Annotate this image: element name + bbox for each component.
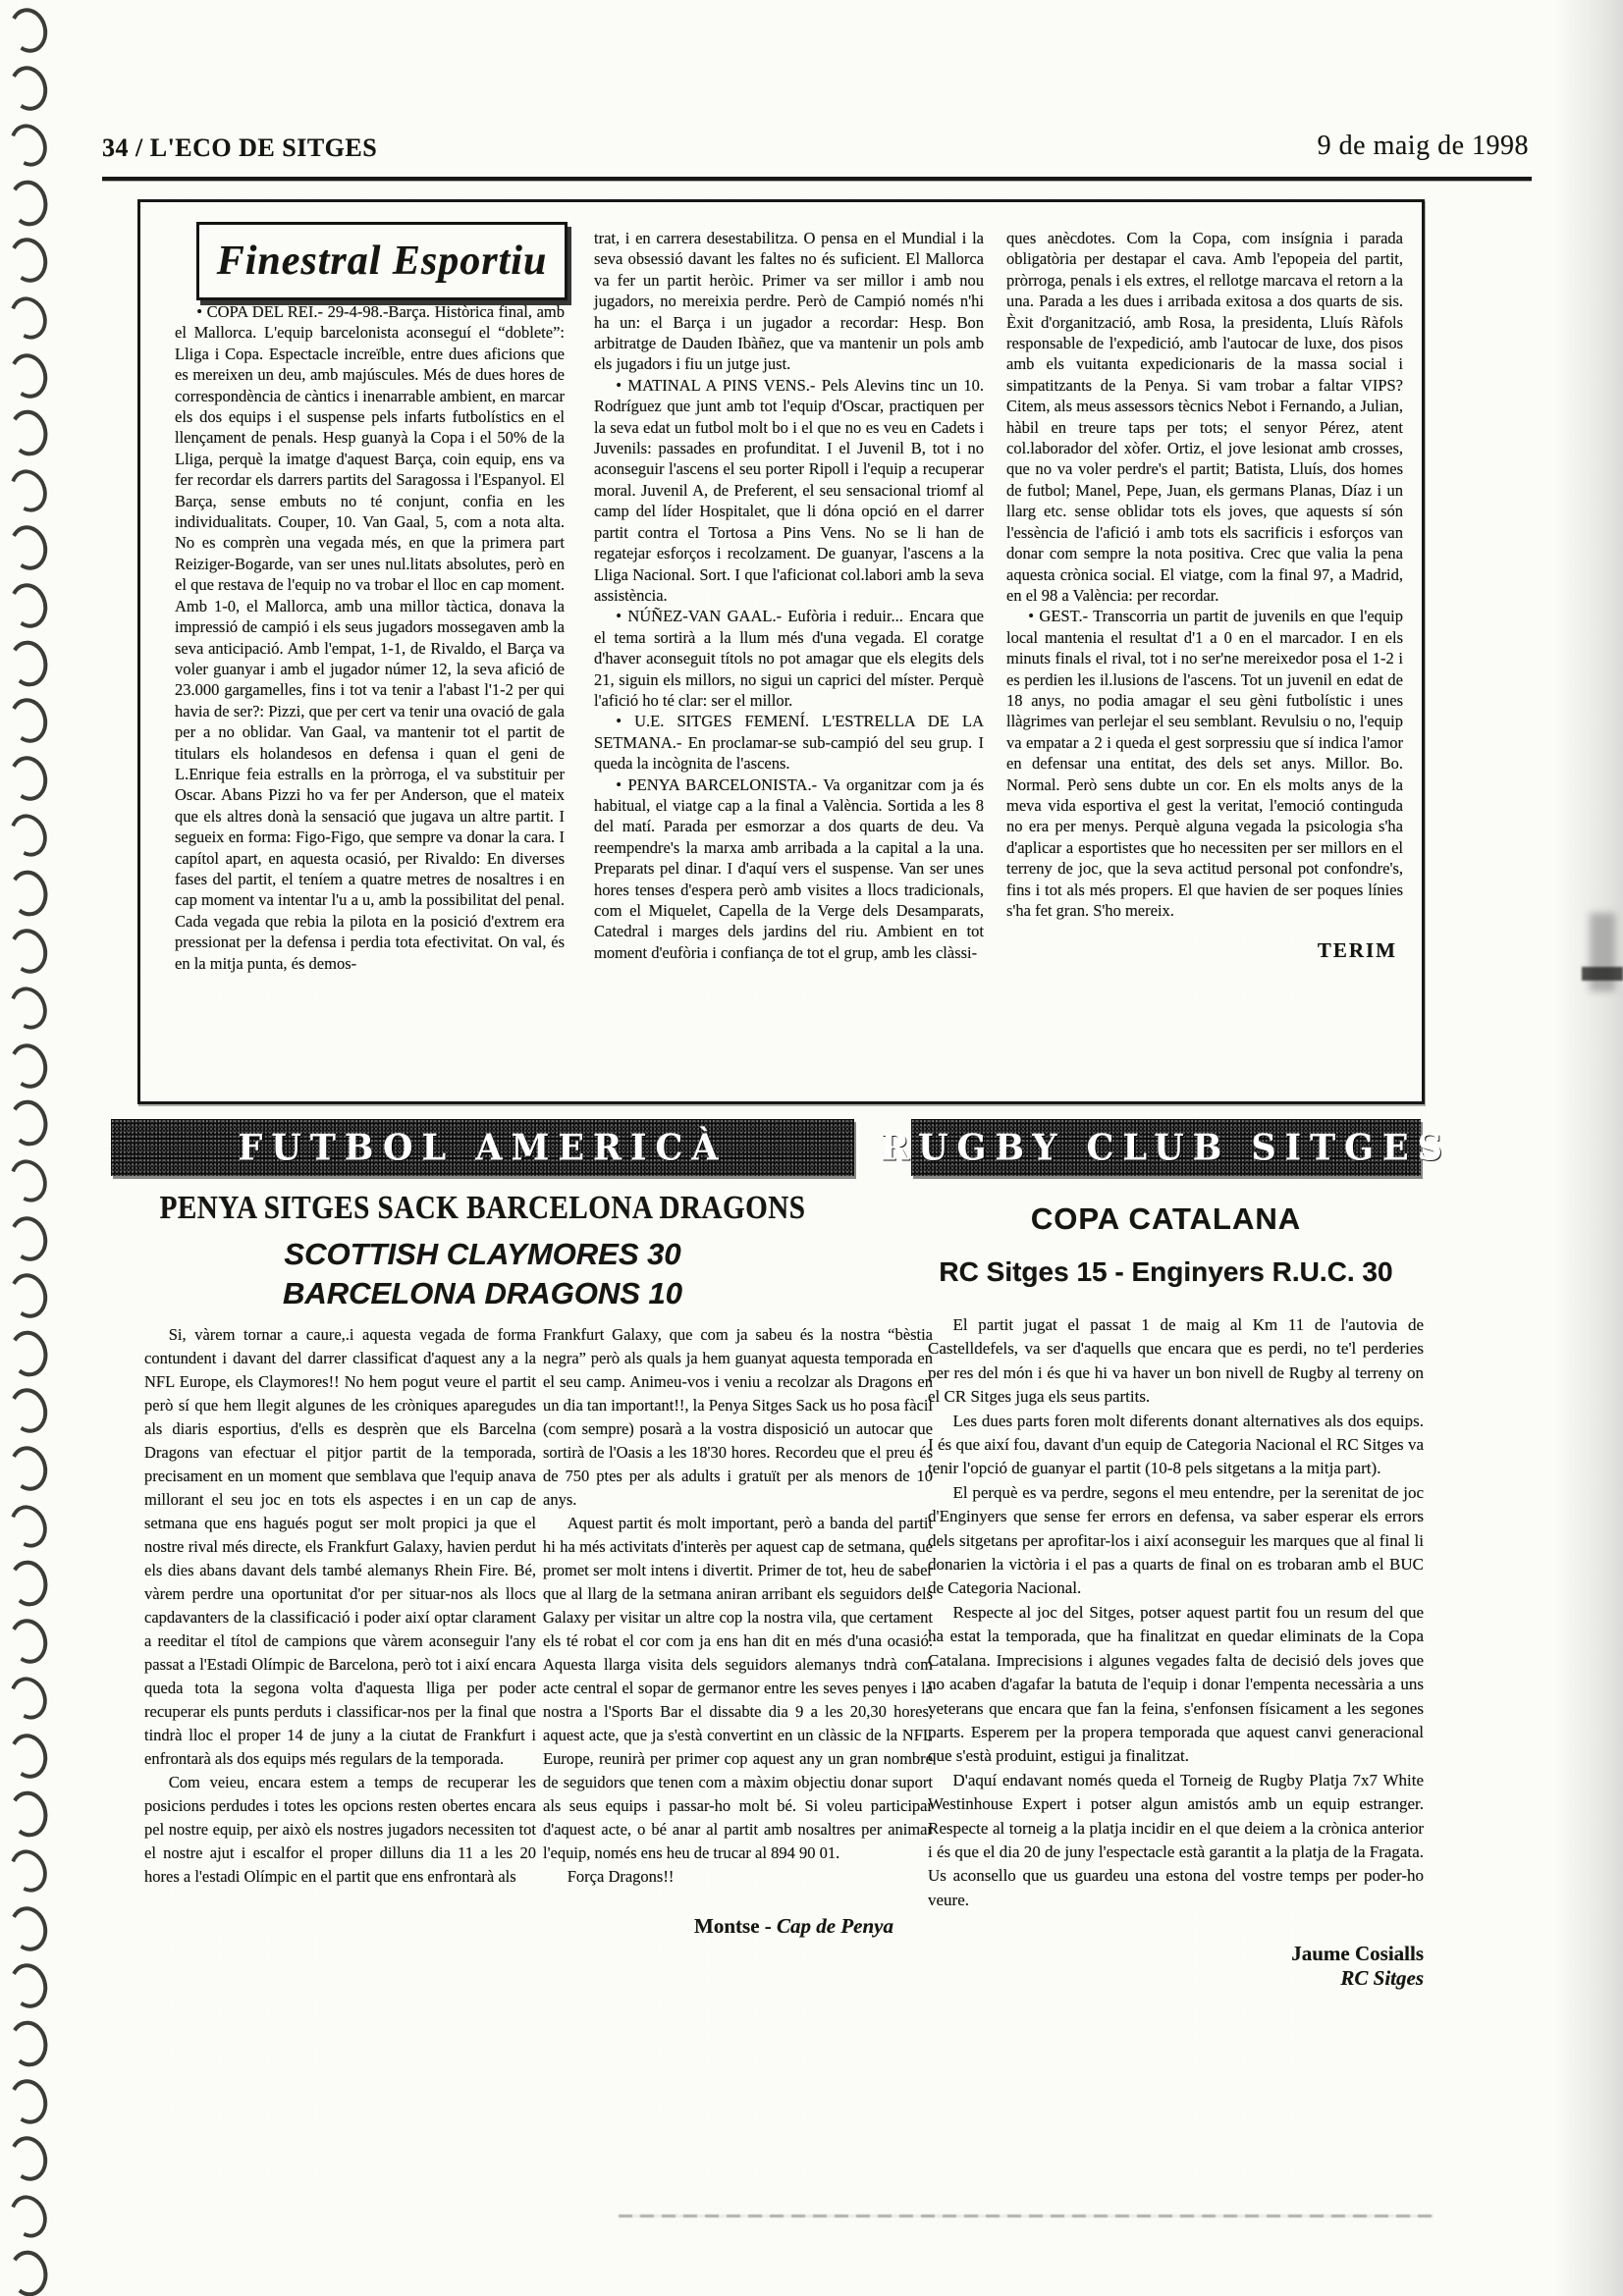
futbol-america-banner: FUTBOL AMERICÀ [111, 1119, 854, 1176]
rugby-paragraph-5: D'aquí endavant només queda el Torneig d… [928, 1769, 1424, 1912]
futbol-paragraph-1: Si, vàrem tornar a caure,.i aquesta vega… [144, 1323, 536, 1771]
binding-hole [5, 1384, 52, 1437]
rugby-headline: COPA CATALANA [911, 1201, 1421, 1237]
binding-hole [6, 2248, 51, 2296]
binding-hole [5, 1615, 52, 1668]
futbol-closing-cheer: Força Dragons!! [543, 1865, 933, 1889]
binding-hole [5, 1730, 52, 1783]
finestral-signature: TERIM [1006, 940, 1403, 961]
binding-hole [5, 925, 52, 978]
futbol-signature-role: Cap de Penya [777, 1914, 893, 1938]
binding-hole [5, 1959, 52, 2012]
futbol-paragraph-4: Aquest partit és molt important, però a … [543, 1512, 933, 1865]
paragraph-gest: • GEST.- Transcorria un partit de juveni… [1006, 606, 1403, 921]
futbol-headline: PENYA SITGES SACK BARCELONA DRAGONS [122, 1190, 842, 1227]
masthead-rule [102, 177, 1532, 181]
binding-hole [5, 752, 52, 805]
rugby-article-column: El partit jugat el passat 1 de maig al K… [928, 1313, 1424, 1990]
rugby-banner-label: RUGBY CLUB SITGES [881, 1126, 1451, 1168]
paragraph-copa-del-rei: • COPA DEL REI.- 29-4-98.-Barça. Històri… [175, 301, 565, 974]
binding-hole [5, 2075, 52, 2128]
scan-bottom-line [619, 2215, 1434, 2217]
binding-hole [4, 1672, 53, 1726]
finestral-column-2: trat, i en carrera desestabilitza. O pen… [594, 228, 984, 963]
binding-hole [6, 1328, 51, 1379]
binding-hole [5, 62, 52, 115]
binding-hole [5, 1269, 52, 1322]
futbol-paragraph-3: Frankfurt Galaxy, que com ja sabeu és la… [543, 1323, 933, 1512]
binding-hole [4, 1844, 53, 1898]
rugby-paragraph-4: Respecte al joc del Sitges, potser aques… [928, 1601, 1424, 1769]
binding-hole [6, 868, 51, 919]
finestral-esportiu-box: Finestral Esportiu • COPA DEL REI.- 29-4… [137, 199, 1425, 1104]
paragraph-copa-del-rei-cont: trat, i en carrera desestabilitza. O pen… [594, 228, 984, 375]
rugby-score-line: RC Sitges 15 - Enginyers R.U.C. 30 [911, 1256, 1421, 1288]
spiral-binding [4, 0, 63, 2296]
binding-hole [5, 349, 52, 402]
rugby-club-sitges-banner: RUGBY CLUB SITGES [911, 1119, 1421, 1176]
finestral-title: Finestral Esportiu [217, 238, 548, 285]
binding-hole [6, 1788, 51, 1839]
paragraph-penya-barcelonista: • PENYA BARCELONISTA.- Va organitzar com… [594, 774, 984, 964]
page-number-masthead: 34 / L'ECO DE SITGES [102, 133, 377, 163]
futbol-america-banner-label: FUTBOL AMERICÀ [239, 1126, 728, 1168]
finestral-column-3: ques anècdotes. Com la Copa, com insígni… [1006, 228, 1403, 962]
scan-edge-mark [1582, 967, 1623, 981]
rugby-paragraph-2: Les dues parts foren molt diferents dona… [928, 1410, 1424, 1481]
finestral-column-1: • COPA DEL REI.- 29-4-98.-Barça. Històri… [175, 301, 565, 974]
binding-hole [6, 407, 51, 458]
finestral-title-box: Finestral Esportiu [196, 222, 568, 300]
futbol-paragraph-2: Com veieu, encara estem a temps de recup… [144, 1771, 536, 1889]
binding-hole [4, 1154, 53, 1208]
binding-hole [6, 2018, 51, 2069]
binding-hole [6, 1097, 51, 1148]
paragraph-matinal-pins-vens: • MATINAL A PINS VENS.- Pels Alevins tin… [594, 375, 984, 606]
binding-hole [4, 119, 53, 173]
binding-hole [4, 809, 53, 863]
rugby-signature-name: Jaume Cosialls [928, 1942, 1424, 1965]
binding-hole [4, 2189, 53, 2243]
binding-hole [5, 521, 52, 574]
issue-date: 9 de maig de 1998 [1318, 131, 1529, 162]
binding-hole [6, 637, 51, 688]
binding-hole [6, 178, 51, 229]
binding-hole [5, 694, 52, 747]
futbol-signature: Montse - Cap de Penya [543, 1914, 893, 1938]
rugby-signature-org: RC Sitges [928, 1966, 1424, 1990]
binding-hole [5, 234, 52, 287]
binding-hole [5, 1212, 52, 1265]
binding-hole [6, 1558, 51, 1609]
binding-hole [4, 463, 53, 517]
rugby-paragraph-1: El partit jugat el passat 1 de maig al K… [928, 1313, 1424, 1410]
paragraph-ue-sitges-femeni: • U.E. SITGES FEMENÍ. L'ESTRELLA DE LA S… [594, 711, 984, 774]
binding-hole [4, 292, 53, 346]
binding-hole [5, 1902, 52, 1955]
paragraph-nunez-van-gaal: • NÚÑEZ-VAN GAAL.- Eufòria i reduir... E… [594, 606, 984, 711]
binding-hole [5, 1442, 52, 1495]
newspaper-page: 34 / L'ECO DE SITGES 9 de maig de 1998 F… [0, 0, 1623, 2296]
binding-hole [5, 4, 52, 57]
rugby-paragraph-3: El perquè es va perdre, segons el meu en… [928, 1481, 1424, 1601]
binding-hole [4, 982, 53, 1036]
paragraph-penya-barcelonista-cont: ques anècdotes. Com la Copa, com insígni… [1006, 228, 1403, 606]
binding-hole [5, 2132, 52, 2185]
page-edge-shadow [1554, 0, 1623, 2296]
binding-hole [5, 1040, 52, 1093]
futbol-article-column-1: Si, vàrem tornar a caure,.i aquesta vega… [144, 1323, 536, 1889]
binding-hole [5, 579, 52, 632]
score-line-dragons: BARCELONA DRAGONS 10 [111, 1274, 854, 1313]
futbol-article-column-2: Frankfurt Galaxy, que com ja sabeu és la… [543, 1323, 933, 1938]
futbol-signature-name: Montse - [694, 1914, 772, 1938]
binding-hole [4, 1499, 53, 1553]
futbol-score-lines: SCOTTISH CLAYMORES 30 BARCELONA DRAGONS … [111, 1235, 854, 1313]
score-line-claymores: SCOTTISH CLAYMORES 30 [111, 1235, 854, 1274]
